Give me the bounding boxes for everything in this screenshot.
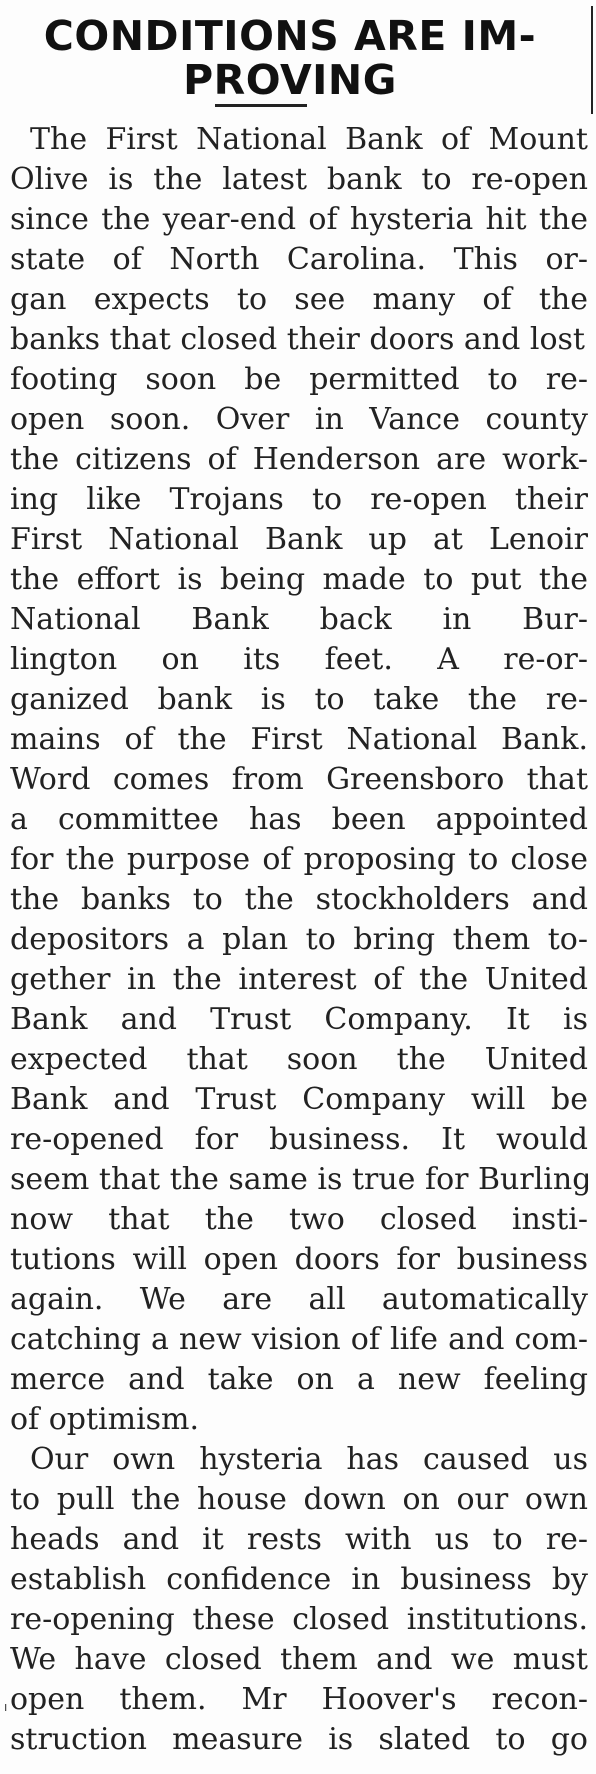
article-line: First National Bank up at Lenoir xyxy=(10,520,588,560)
article-line: merce and take on a new feeling xyxy=(10,1360,588,1400)
article-line: We have closed them and we must xyxy=(10,1640,588,1680)
article-line: open soon. Over in Vance county xyxy=(10,400,588,440)
article-line: for the purpose of proposing to close xyxy=(10,840,588,880)
article-line: ganized bank is to take the re- xyxy=(10,680,588,720)
article-line: establish confidence in business by xyxy=(10,1560,588,1600)
article-body: The First National Bank of MountOlive is… xyxy=(10,120,588,1760)
article-line: again. We are all automatically xyxy=(10,1280,588,1320)
article-line: mains of the First National Bank. xyxy=(10,720,588,760)
article-line: the citizens of Henderson are work- xyxy=(10,440,588,480)
article-line: open them. Mr Hoover's recon- xyxy=(10,1680,588,1720)
article-line: now that the two closed insti- xyxy=(10,1200,588,1240)
article-line: tutions will open doors for business xyxy=(10,1240,588,1280)
newspaper-clipping: CONDITIONS ARE IM- PROVING The First Nat… xyxy=(0,0,596,1774)
article-line: expected that soon the United xyxy=(10,1040,588,1080)
article-line: gan expects to see many of the xyxy=(10,280,588,320)
article-line: heads and it rests with us to re- xyxy=(10,1520,588,1560)
article-line: lington on its feet. A re-or- xyxy=(10,640,588,680)
article-line: Olive is the latest bank to re-open xyxy=(10,160,588,200)
article-line: struction measure is slated to go xyxy=(10,1720,588,1760)
margin-mark: ı xyxy=(4,1700,7,1714)
article-line: the banks to the stockholders and xyxy=(10,880,588,920)
article-line: state of North Carolina. This or- xyxy=(10,240,588,280)
article-line: Bank and Trust Company will be xyxy=(10,1080,588,1120)
headline-line-2: PROVING xyxy=(0,58,580,102)
article-line: seem that the same is true for Burlingto… xyxy=(10,1160,588,1200)
article-line: gether in the interest of the United xyxy=(10,960,588,1000)
headline-divider xyxy=(215,104,307,107)
article-line: National Bank back in Bur- xyxy=(10,600,588,640)
article-line: catching a new vision of life and com- xyxy=(10,1320,588,1360)
article-line: banks that closed their doors and lost t… xyxy=(10,320,588,360)
article-line: Bank and Trust Company. It is xyxy=(10,1000,588,1040)
article-line: Word comes from Greensboro that xyxy=(10,760,588,800)
headline: CONDITIONS ARE IM- PROVING xyxy=(0,14,580,102)
article-line: re-opened for business. It would xyxy=(10,1120,588,1160)
article-line: re-opening these closed institutions. xyxy=(10,1600,588,1640)
article-line: to pull the house down on our own xyxy=(10,1480,588,1520)
article-line: Our own hysteria has caused us xyxy=(10,1440,588,1480)
article-line: a committee has been appointed xyxy=(10,800,588,840)
article-line: footing soon be permitted to re- xyxy=(10,360,588,400)
headline-line-1: CONDITIONS ARE IM- xyxy=(0,14,580,58)
article-line: since the year-end of hysteria hit the xyxy=(10,200,588,240)
article-line: the effort is being made to put the xyxy=(10,560,588,600)
article-line: depositors a plan to bring them to- xyxy=(10,920,588,960)
column-rule xyxy=(591,6,593,114)
article-line: ing like Trojans to re-open their xyxy=(10,480,588,520)
article-line: of optimism. xyxy=(10,1400,588,1440)
article-line: The First National Bank of Mount xyxy=(10,120,588,160)
